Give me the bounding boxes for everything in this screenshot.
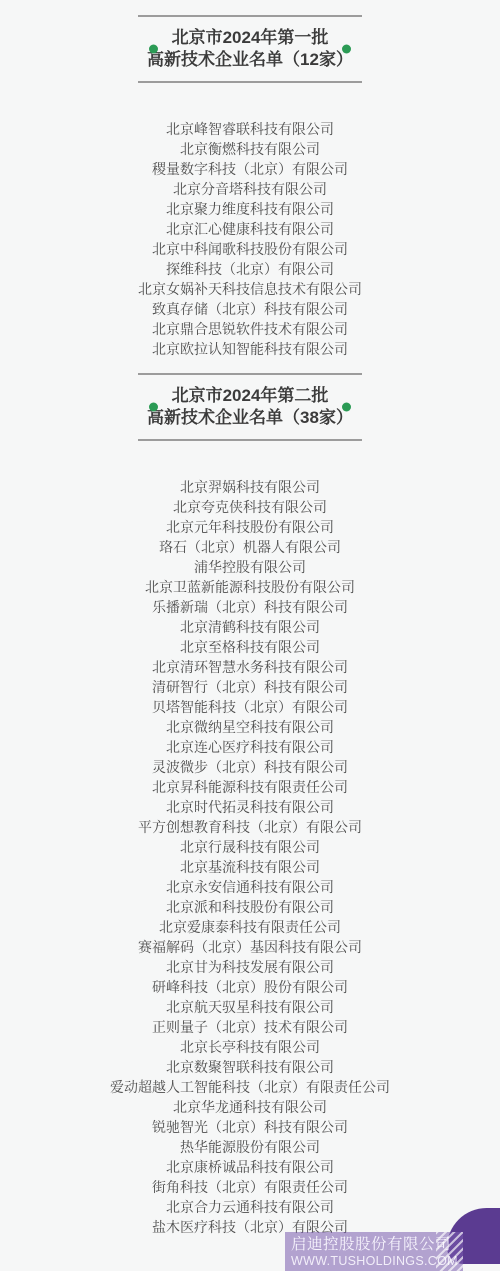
company-name: 北京至格科技有限公司 [0, 637, 500, 657]
company-name: 正则量子（北京）技术有限公司 [0, 1017, 500, 1037]
diagonal-stripes-decoration [436, 1232, 463, 1271]
company-name: 北京微纳星空科技有限公司 [0, 717, 500, 737]
company-name: 北京基流科技有限公司 [0, 857, 500, 877]
watermark-website: WWW.TUSHOLDINGS.COM [291, 1254, 435, 1268]
company-name: 探维科技（北京）有限公司 [0, 259, 500, 279]
watermark-box: 启迪控股股份有限公司 WWW.TUSHOLDINGS.COM [285, 1232, 463, 1271]
section-1-title-line-2: 高新技术企业名单（12家） [138, 49, 362, 71]
company-name: 北京清鹤科技有限公司 [0, 617, 500, 637]
company-name: 北京夸克侠科技有限公司 [0, 497, 500, 517]
section-2-title-line-1: 北京市2024年第二批 [138, 385, 362, 407]
company-name: 平方创想教育科技（北京）有限公司 [0, 817, 500, 837]
company-name: 赛福解码（北京）基因科技有限公司 [0, 937, 500, 957]
section-1-company-list: 北京峰智睿联科技有限公司 北京衡燃科技有限公司 稷量数字科技（北京）有限公司 北… [0, 119, 500, 359]
company-name: 北京行晟科技有限公司 [0, 837, 500, 857]
company-name: 北京欧拉认知智能科技有限公司 [0, 339, 500, 359]
company-name: 北京中科闻歌科技股份有限公司 [0, 239, 500, 259]
announcement-page: 北京市2024年第一批 高新技术企业名单（12家） 北京峰智睿联科技有限公司 北… [0, 0, 500, 1271]
company-name: 北京连心医疗科技有限公司 [0, 737, 500, 757]
company-name: 北京卫蓝新能源科技股份有限公司 [0, 577, 500, 597]
section-1-header: 北京市2024年第一批 高新技术企业名单（12家） [138, 15, 362, 83]
section-2-title-line-2: 高新技术企业名单（38家） [138, 407, 362, 429]
company-name: 北京华龙通科技有限公司 [0, 1097, 500, 1117]
company-name: 北京羿娲科技有限公司 [0, 477, 500, 497]
company-name: 北京长亭科技有限公司 [0, 1037, 500, 1057]
company-name: 北京时代拓灵科技有限公司 [0, 797, 500, 817]
company-name: 北京昇科能源科技有限责任公司 [0, 777, 500, 797]
company-name: 清研智行（北京）科技有限公司 [0, 677, 500, 697]
company-name: 乐播新瑞（北京）科技有限公司 [0, 597, 500, 617]
company-name: 北京航天驭星科技有限公司 [0, 997, 500, 1017]
company-name: 北京永安信通科技有限公司 [0, 877, 500, 897]
section-1-title-line-1: 北京市2024年第一批 [138, 27, 362, 49]
company-name: 北京爱康泰科技有限责任公司 [0, 917, 500, 937]
company-name: 致真存储（北京）科技有限公司 [0, 299, 500, 319]
company-name: 锐驰智光（北京）科技有限公司 [0, 1117, 500, 1137]
company-name: 稷量数字科技（北京）有限公司 [0, 159, 500, 179]
bullet-dot-icon [149, 45, 158, 54]
company-name: 北京聚力维度科技有限公司 [0, 199, 500, 219]
company-name: 北京衡燃科技有限公司 [0, 139, 500, 159]
bullet-dot-icon [342, 45, 351, 54]
watermark-company-name: 启迪控股股份有限公司 [291, 1235, 435, 1254]
section-2-company-list: 北京羿娲科技有限公司 北京夸克侠科技有限公司 北京元年科技股份有限公司 珞石（北… [0, 477, 500, 1237]
company-name: 研峰科技（北京）股份有限公司 [0, 977, 500, 997]
company-name: 北京峰智睿联科技有限公司 [0, 119, 500, 139]
company-name: 街角科技（北京）有限责任公司 [0, 1177, 500, 1197]
company-name: 热华能源股份有限公司 [0, 1137, 500, 1157]
company-name: 浦华控股有限公司 [0, 557, 500, 577]
company-name: 北京分音塔科技有限公司 [0, 179, 500, 199]
company-name: 北京数聚智联科技有限公司 [0, 1057, 500, 1077]
company-name: 北京鼎合思锐软件技术有限公司 [0, 319, 500, 339]
company-name: 灵波微步（北京）科技有限公司 [0, 757, 500, 777]
company-name: 北京合力云通科技有限公司 [0, 1197, 500, 1217]
company-name: 贝塔智能科技（北京）有限公司 [0, 697, 500, 717]
company-name: 北京元年科技股份有限公司 [0, 517, 500, 537]
section-2-header: 北京市2024年第二批 高新技术企业名单（38家） [138, 373, 362, 441]
company-name: 爱动超越人工智能科技（北京）有限责任公司 [0, 1077, 500, 1097]
company-name: 北京清环智慧水务科技有限公司 [0, 657, 500, 677]
company-name: 北京派和科技股份有限公司 [0, 897, 500, 917]
company-name: 北京女娲补天科技信息技术有限公司 [0, 279, 500, 299]
company-name: 北京汇心健康科技有限公司 [0, 219, 500, 239]
bullet-dot-icon [342, 403, 351, 412]
bullet-dot-icon [149, 403, 158, 412]
company-name: 北京康桥诚品科技有限公司 [0, 1157, 500, 1177]
company-name: 珞石（北京）机器人有限公司 [0, 537, 500, 557]
company-name: 北京甘为科技发展有限公司 [0, 957, 500, 977]
